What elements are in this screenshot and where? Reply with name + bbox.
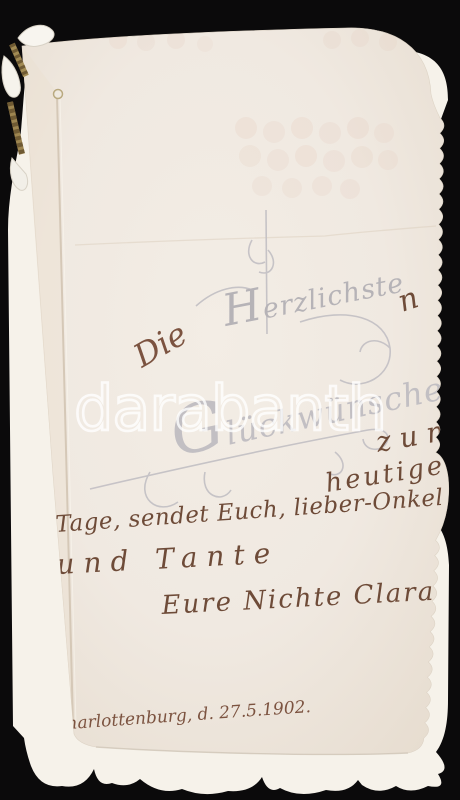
watermark-text: darabanth	[74, 372, 386, 445]
cord-knot	[54, 90, 63, 99]
greeting-card-photo: Herzlichste Glückwünsche. Die n zum heut…	[0, 0, 460, 800]
photo-backdrop: Herzlichste Glückwünsche. Die n zum heut…	[0, 0, 460, 800]
